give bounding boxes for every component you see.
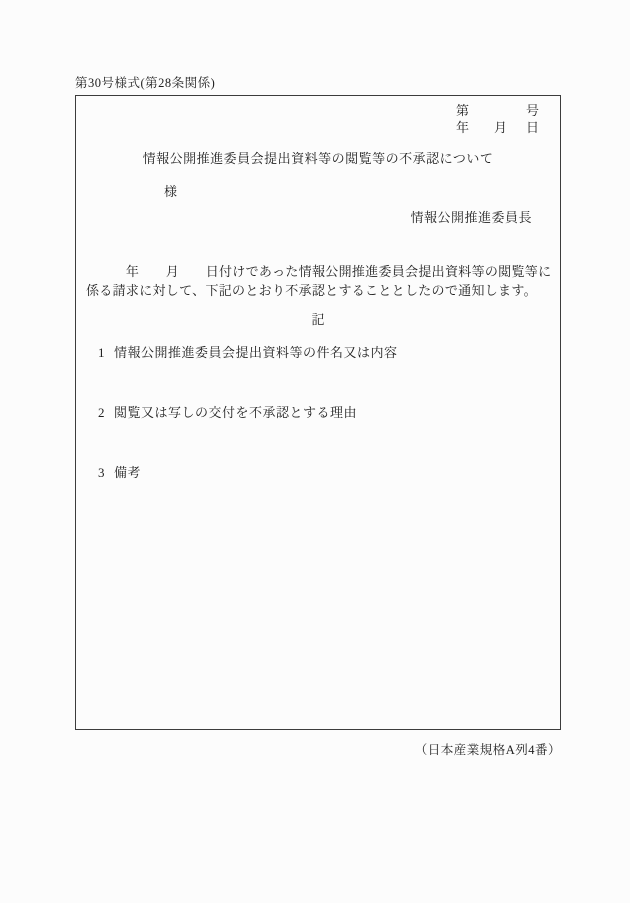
item-number: 2 <box>98 405 114 421</box>
paper-size-note: （日本産業規格A列4番） <box>415 740 561 758</box>
item-number: 3 <box>98 465 114 481</box>
date-day-label: 日 <box>526 117 539 136</box>
sender-title: 情報公開推進委員長 <box>410 207 532 226</box>
document-title: 情報公開推進委員会提出資料等の閲覧等の不承認について <box>76 148 560 167</box>
document-page: 第30号様式(第28条関係) 第 号 年 月 日 情報公開推進委員会提出資料等の… <box>0 0 630 903</box>
item-label: 備考 <box>114 465 141 480</box>
date-month-label: 月 <box>494 117 507 136</box>
form-border-box: 第 号 年 月 日 情報公開推進委員会提出資料等の閲覧等の不承認について 様 情… <box>75 95 561 730</box>
form-number-label: 第30号様式(第28条関係) <box>75 73 215 91</box>
record-marker: 記 <box>76 309 560 328</box>
notification-body-text: 年 月 日付けであった情報公開推進委員会提出資料等の閲覧等に係る請求に対して、下… <box>86 263 559 300</box>
item-number: 1 <box>98 345 114 361</box>
item-label: 閲覧又は写しの交付を不承認とする理由 <box>114 405 357 420</box>
list-item: 2閲覧又は写しの交付を不承認とする理由 <box>98 402 357 421</box>
date-year-label: 年 <box>456 117 469 136</box>
addressee-suffix-label: 様 <box>164 181 177 200</box>
list-item: 1情報公開推進委員会提出資料等の件名又は内容 <box>98 342 398 361</box>
list-item: 3備考 <box>98 462 141 481</box>
item-label: 情報公開推進委員会提出資料等の件名又は内容 <box>114 345 398 360</box>
